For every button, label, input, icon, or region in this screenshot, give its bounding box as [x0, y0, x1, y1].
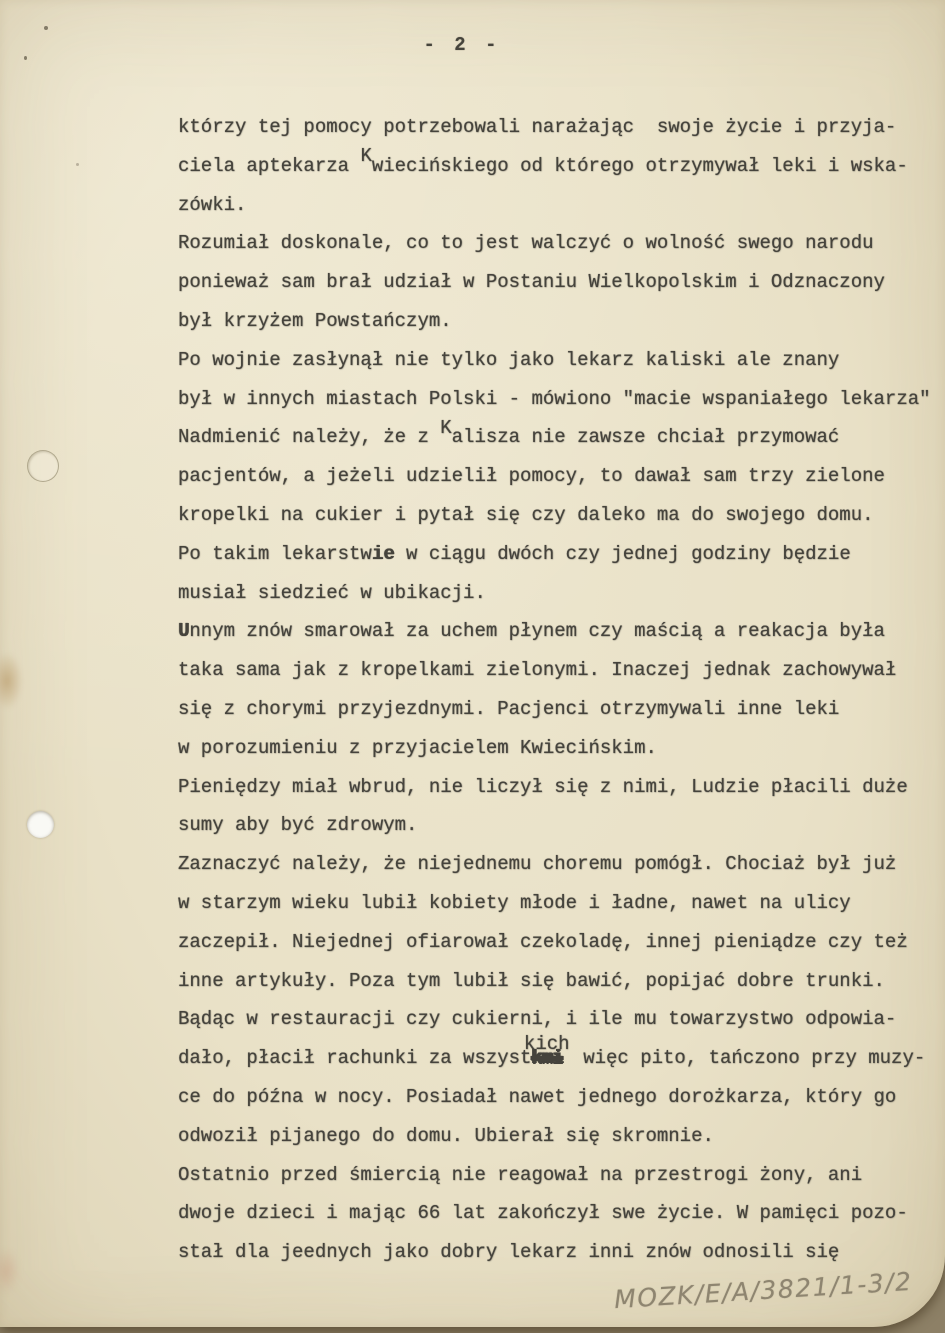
punch-hole: [27, 811, 54, 838]
text-line: dało, płacił rachunki za wszystkmikich w…: [178, 1039, 934, 1078]
typed-text: którzy tej pomocy potrzebowali narażając…: [178, 108, 934, 1272]
text-line: musiał siedzieć w ubikacji.: [178, 574, 934, 613]
text-line: Po wojnie zasłynął nie tylko jako lekarz…: [178, 341, 934, 380]
text-line: stał dla jeednych jako dobry lekarz inni…: [178, 1233, 934, 1272]
text-line: taka sama jak z kropelkami zielonymi. In…: [178, 651, 934, 690]
text-line: pacjentów, a jeżeli udzielił pomocy, to …: [178, 457, 934, 496]
text-line: zówki.: [178, 186, 934, 225]
embossed-punch-ring: [27, 450, 59, 482]
text-line: Pieniędzy miał wbrud, nie liczył się z n…: [178, 768, 934, 807]
ink-speck: [24, 56, 27, 60]
text-line: Nadmienić należy, że z Kalisza nie zawsz…: [178, 418, 934, 457]
text-line: był w innych miastach Polski - mówiono "…: [178, 380, 934, 419]
text-line: ponieważ sam brał udział w Postaniu Wiel…: [178, 263, 934, 302]
text-line: Zaznaczyć należy, że niejednemu choremu …: [178, 845, 934, 884]
text-line: się z chorymi przyjezdnymi. Pacjenci otr…: [178, 690, 934, 729]
scanned-document-page: { "page": { "page_number": "- 2 -", "arc…: [0, 0, 945, 1333]
text-line: sumy aby być zdrowym.: [178, 806, 934, 845]
text-line: w starzym wieku lubił kobiety młode i ła…: [178, 884, 934, 923]
text-line: inne artykuły. Poza tym lubił się bawić,…: [178, 962, 934, 1001]
paper-sheet: - 2 - którzy tej pomocy potrzebowali nar…: [0, 0, 945, 1327]
text-line: ciela aptekarza Kwiecińskiego od którego…: [178, 147, 934, 186]
text-line: w porozumieniu z przyjacielem Kwieciński…: [178, 729, 934, 768]
text-line: ce do późna w nocy. Posiadał nawet jedne…: [178, 1078, 934, 1117]
text-line: dwoje dzieci i mając 66 lat zakończył sw…: [178, 1194, 934, 1233]
text-line: był krzyżem Powstańczym.: [178, 302, 934, 341]
ink-speck: [76, 163, 79, 166]
text-line: Po takim lekarstwie w ciągu dwóch czy je…: [178, 535, 934, 574]
text-line: odwoził pijanego do domu. Ubierał się sk…: [178, 1117, 934, 1156]
text-line: którzy tej pomocy potrzebowali narażając…: [178, 108, 934, 147]
page-number: - 2 -: [0, 34, 924, 56]
text-line: kropelki na cukier i pytał się czy dalek…: [178, 496, 934, 535]
stain: [0, 652, 23, 710]
text-line: Rozumiał doskonale, co to jest walczyć o…: [178, 224, 934, 263]
smudge: [0, 1248, 20, 1294]
text-line: zaczepił. Niejednej ofiarował czekoladę,…: [178, 923, 934, 962]
text-line: Ostatnio przed śmiercią nie reagował na …: [178, 1156, 934, 1195]
archive-reference-handwriting: MOZK/E/A/3821/1-3/2: [613, 1267, 913, 1314]
ink-speck: [44, 26, 48, 30]
text-line: Unnym znów smarował za uchem płynem czy …: [178, 612, 934, 651]
